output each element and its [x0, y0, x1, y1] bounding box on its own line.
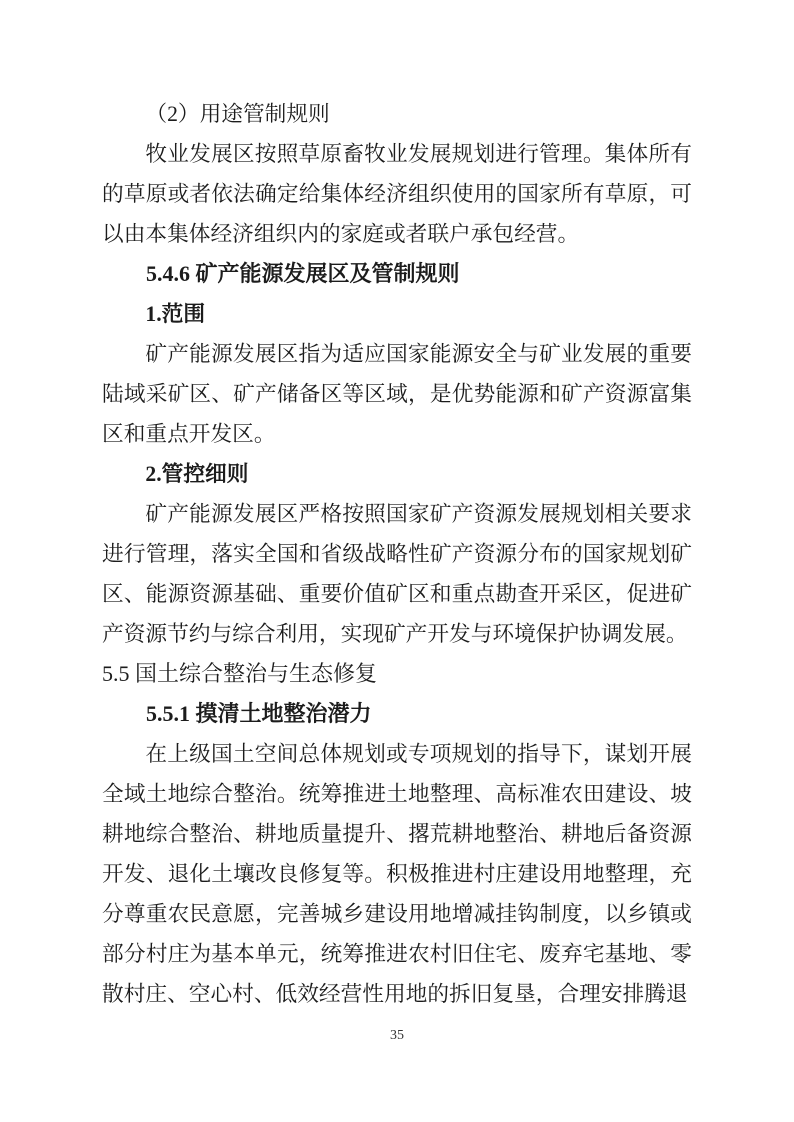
- paragraph-pasture-zone-management: 牧业发展区按照草原畜牧业发展规划进行管理。集体所有的草原或者依法确定给集体经济组…: [102, 134, 692, 254]
- heading-5-4-6-mineral-energy-zone: 5.4.6 矿产能源发展区及管制规则: [102, 254, 692, 294]
- heading-5-5-land-consolidation: 5.5 国土综合整治与生态修复: [102, 654, 692, 694]
- paragraph-mineral-zone-scope: 矿产能源发展区指为适应国家能源安全与矿业发展的重要陆域采矿区、矿产储备区等区域，…: [102, 334, 692, 454]
- document-body: （2）用途管制规则牧业发展区按照草原畜牧业发展规划进行管理。集体所有的草原或者依…: [102, 94, 692, 1014]
- heading-1-scope: 1.范围: [102, 294, 692, 334]
- paragraph-mineral-zone-control: 矿产能源发展区严格按照国家矿产资源发展规划相关要求进行管理，落实全国和省级战略性…: [102, 494, 692, 654]
- page-number: 35: [390, 1028, 404, 1043]
- page-footer: 35: [0, 1028, 794, 1044]
- subheading-use-control-rules: （2）用途管制规则: [102, 94, 692, 134]
- document-page: （2）用途管制规则牧业发展区按照草原畜牧业发展规划进行管理。集体所有的草原或者依…: [0, 0, 794, 1122]
- heading-2-control-rules: 2.管控细则: [102, 454, 692, 494]
- heading-5-5-1-land-potential: 5.5.1 摸清土地整治潜力: [102, 694, 692, 734]
- paragraph-land-consolidation-potential: 在上级国土空间总体规划或专项规划的指导下，谋划开展全域土地综合整治。统筹推进土地…: [102, 734, 692, 1014]
